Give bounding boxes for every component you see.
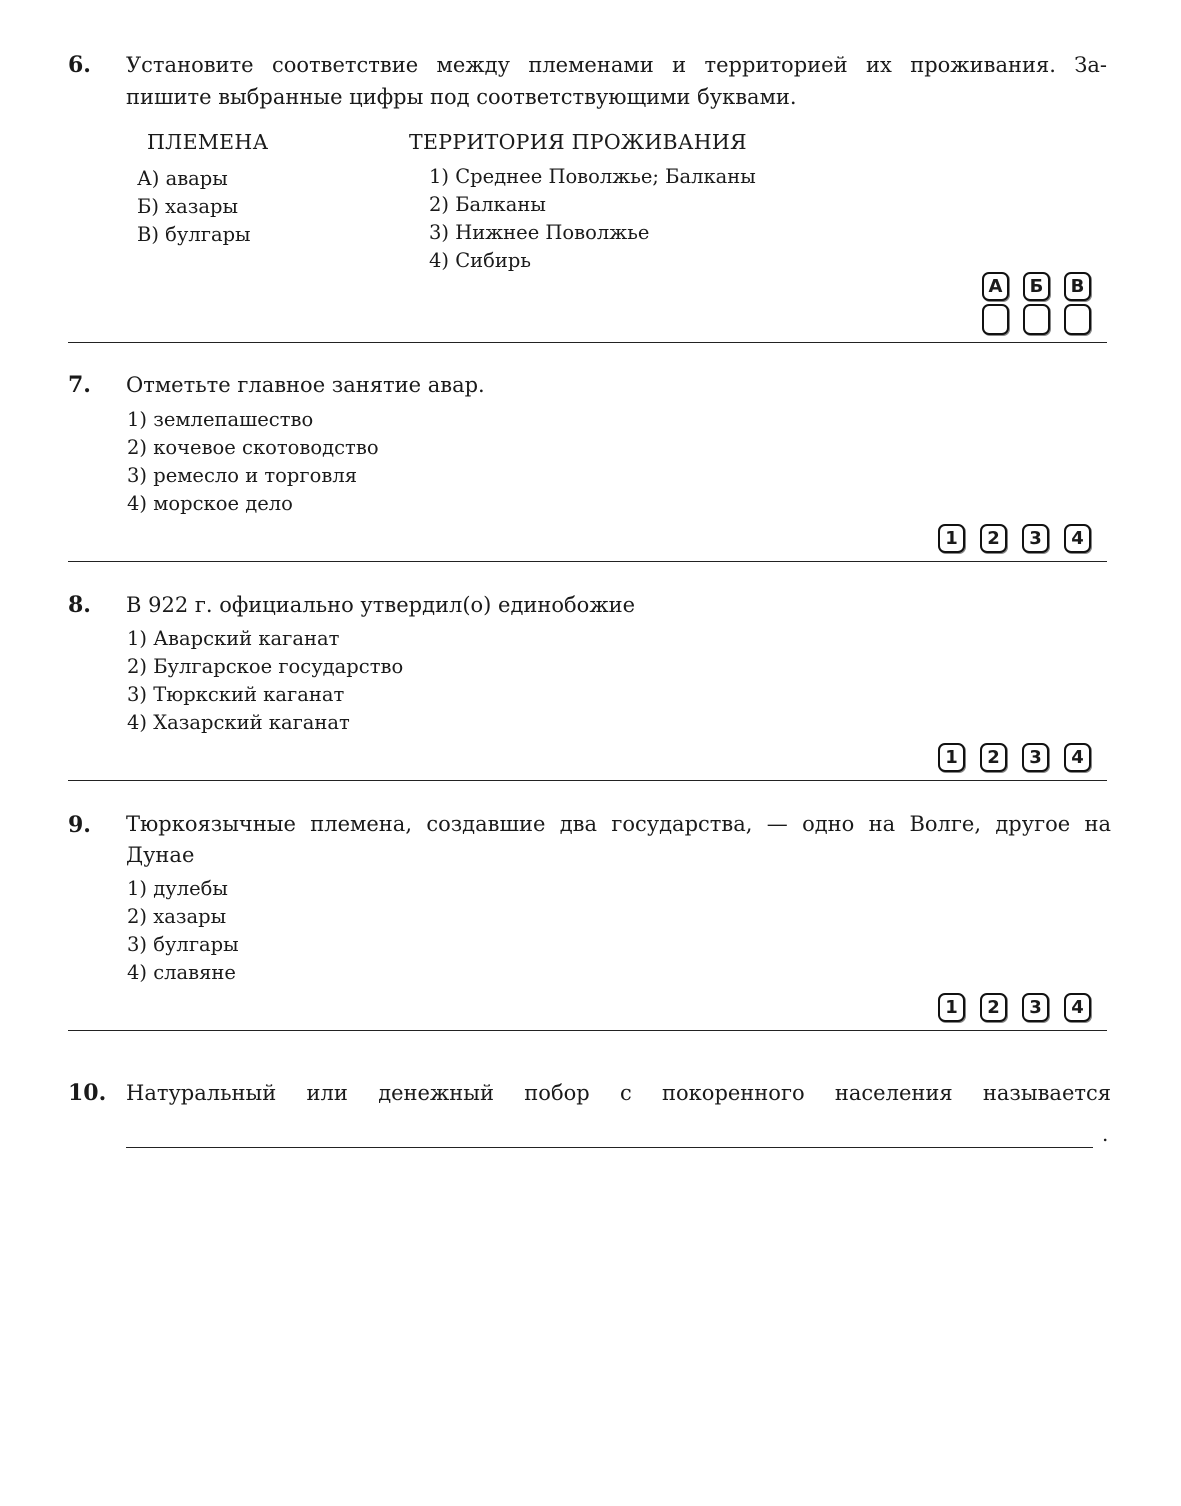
answer-option: 1) дулебы	[127, 875, 228, 903]
territory-column-title: ТЕРРИТОРИЯ ПРОЖИВАНИЯ	[409, 130, 747, 154]
answer-option: 3) ремесло и торговля	[127, 462, 357, 490]
answer-option: 2) Булгарское государство	[127, 653, 403, 681]
tribes-column-title: ПЛЕМЕНА	[147, 130, 268, 154]
answer-option: 3) булгары	[127, 931, 239, 959]
answer-input-a[interactable]	[982, 304, 1009, 335]
question-number: 10.	[68, 1080, 106, 1106]
answer-box-4[interactable]: 4	[1064, 993, 1091, 1022]
answer-option: 4) славяне	[127, 959, 236, 987]
question-text-line-1: Установите соответствие между племенами …	[126, 50, 1107, 80]
tribe-item: А) авары	[137, 165, 228, 193]
answer-box-3[interactable]: 3	[1022, 743, 1049, 772]
divider	[68, 780, 1107, 781]
answer-box-2[interactable]: 2	[980, 524, 1007, 553]
answer-box-1[interactable]: 1	[938, 743, 965, 772]
answer-box-3[interactable]: 3	[1022, 524, 1049, 553]
answer-box-2[interactable]: 2	[980, 993, 1007, 1022]
question-number: 9.	[68, 812, 91, 838]
question-text: Натуральный или денежный побор с покорен…	[126, 1078, 1111, 1108]
answer-letter-v: В	[1064, 272, 1091, 301]
answer-blank-line[interactable]	[126, 1147, 1093, 1148]
answer-box-4[interactable]: 4	[1064, 743, 1091, 772]
divider	[68, 561, 1107, 562]
answer-box-1[interactable]: 1	[938, 524, 965, 553]
question-number: 7.	[68, 372, 91, 398]
answer-option: 1) землепашество	[127, 406, 313, 434]
answer-letter-b: Б	[1023, 272, 1050, 301]
territory-item: 1) Среднее Поволжье; Балканы	[429, 163, 756, 191]
territory-item: 3) Нижнее Поволжье	[429, 219, 649, 247]
answer-box-2[interactable]: 2	[980, 743, 1007, 772]
answer-letter-a: А	[982, 272, 1009, 301]
territory-item: 2) Балканы	[429, 191, 546, 219]
answer-option: 2) кочевое скотоводство	[127, 434, 379, 462]
answer-option: 4) Хазарский каганат	[127, 709, 350, 737]
answer-input-v[interactable]	[1064, 304, 1091, 335]
divider	[68, 1030, 1107, 1031]
question-text-line-2: пишите выбранные цифры под соответствующ…	[126, 82, 797, 112]
answer-option: 1) Аварский каганат	[127, 625, 339, 653]
question-number: 8.	[68, 592, 91, 618]
question-text-line-2: Дунае	[126, 840, 194, 870]
tribe-item: В) булгары	[137, 221, 251, 249]
answer-input-b[interactable]	[1023, 304, 1050, 335]
divider	[68, 342, 1107, 343]
question-number: 6.	[68, 52, 91, 78]
territory-item: 4) Сибирь	[429, 247, 531, 275]
tribe-item: Б) хазары	[137, 193, 238, 221]
answer-option: 2) хазары	[127, 903, 226, 931]
question-text-line-1: Тюркоязычные племена, создавшие два госу…	[126, 809, 1111, 839]
answer-box-4[interactable]: 4	[1064, 524, 1091, 553]
answer-option: 3) Тюркский каганат	[127, 681, 344, 709]
end-mark: .	[1102, 1122, 1108, 1146]
answer-box-1[interactable]: 1	[938, 993, 965, 1022]
answer-box-3[interactable]: 3	[1022, 993, 1049, 1022]
answer-option: 4) морское дело	[127, 490, 293, 518]
question-text: В 922 г. официально утвердил(о) единобож…	[126, 590, 635, 620]
question-text: Отметьте главное занятие авар.	[126, 370, 485, 400]
